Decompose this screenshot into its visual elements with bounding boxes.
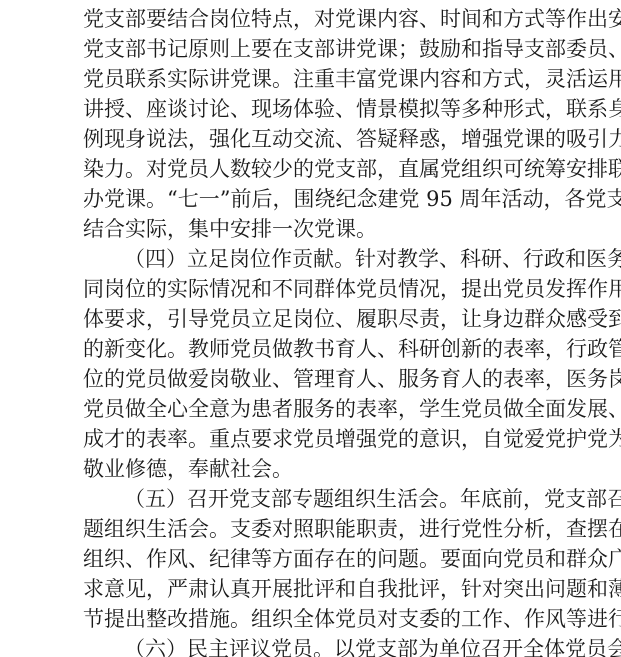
text-line: 位的党员做爱岗敬业、管理育人、服务育人的表率，医务岗位的 xyxy=(83,364,549,394)
text-line: 敬业修德，奉献社会。 xyxy=(83,454,549,484)
text-line: 结合实际，集中安排一次党课。 xyxy=(83,214,549,244)
text-line: 的新变化。教师党员做教书育人、科研创新的表率，行政管理岗 xyxy=(83,334,549,364)
section-heading-line: （四）立足岗位作贡献。针对教学、科研、行政和医务等不 xyxy=(124,244,549,274)
text-line: 党员联系实际讲党课。注重丰富党课内容和方式，灵活运用课堂 xyxy=(83,64,549,94)
text-line: 同岗位的实际情况和不同群体党员情况，提出党员发挥作用的具 xyxy=(83,274,549,304)
text-line: 党支部要结合岗位特点，对党课内容、时间和方式等作出安排。 xyxy=(83,4,549,34)
document-page: 党支部要结合岗位特点，对党课内容、时间和方式等作出安排。 党支部书记原则上要在支… xyxy=(0,0,621,657)
text-line: 求意见，严肃认真开展批评和自我批评，针对突出问题和薄弱环 xyxy=(83,574,549,604)
text-line: 染力。对党员人数较少的党支部，直属党组织可统筹安排联合举 xyxy=(83,154,549,184)
text-line: 例现身说法，强化互动交流、答疑释惑，增强党课的吸引力和感 xyxy=(83,124,549,154)
section-heading-line: （五）召开党支部专题组织生活会。年底前，党支部召开专 xyxy=(124,484,549,514)
text-line: 题组织生活会。支委对照职能职责，进行党性分析，查摆在思想、 xyxy=(83,514,549,544)
text-line: 党支部书记原则上要在支部讲党课；鼓励和指导支部委员、普通 xyxy=(83,34,549,64)
text-line: 节提出整改措施。组织全体党员对支委的工作、作风等进行评议。 xyxy=(83,604,549,634)
text-line: 组织、作风、纪律等方面存在的问题。要面向党员和群众广泛征 xyxy=(83,544,549,574)
text-line: 讲授、座谈讨论、现场体验、情景模拟等多种形式，联系身边事 xyxy=(83,94,549,124)
text-line: 体要求，引导党员立足岗位、履职尽责，让身边群众感受到党员 xyxy=(83,304,549,334)
text-line: 党员做全心全意为患者服务的表率，学生党员做全面发展、成长 xyxy=(83,394,549,424)
section-heading-line: （六）民主评议党员。以党支部为单位召开全体党员会议， xyxy=(124,634,549,657)
text-line: 办党课。“七一”前后，围绕纪念建党 95 周年活动，各党支部要 xyxy=(83,184,549,214)
text-line: 成才的表率。重点要求党员增强党的意识，自觉爱党护党为党， xyxy=(83,424,549,454)
